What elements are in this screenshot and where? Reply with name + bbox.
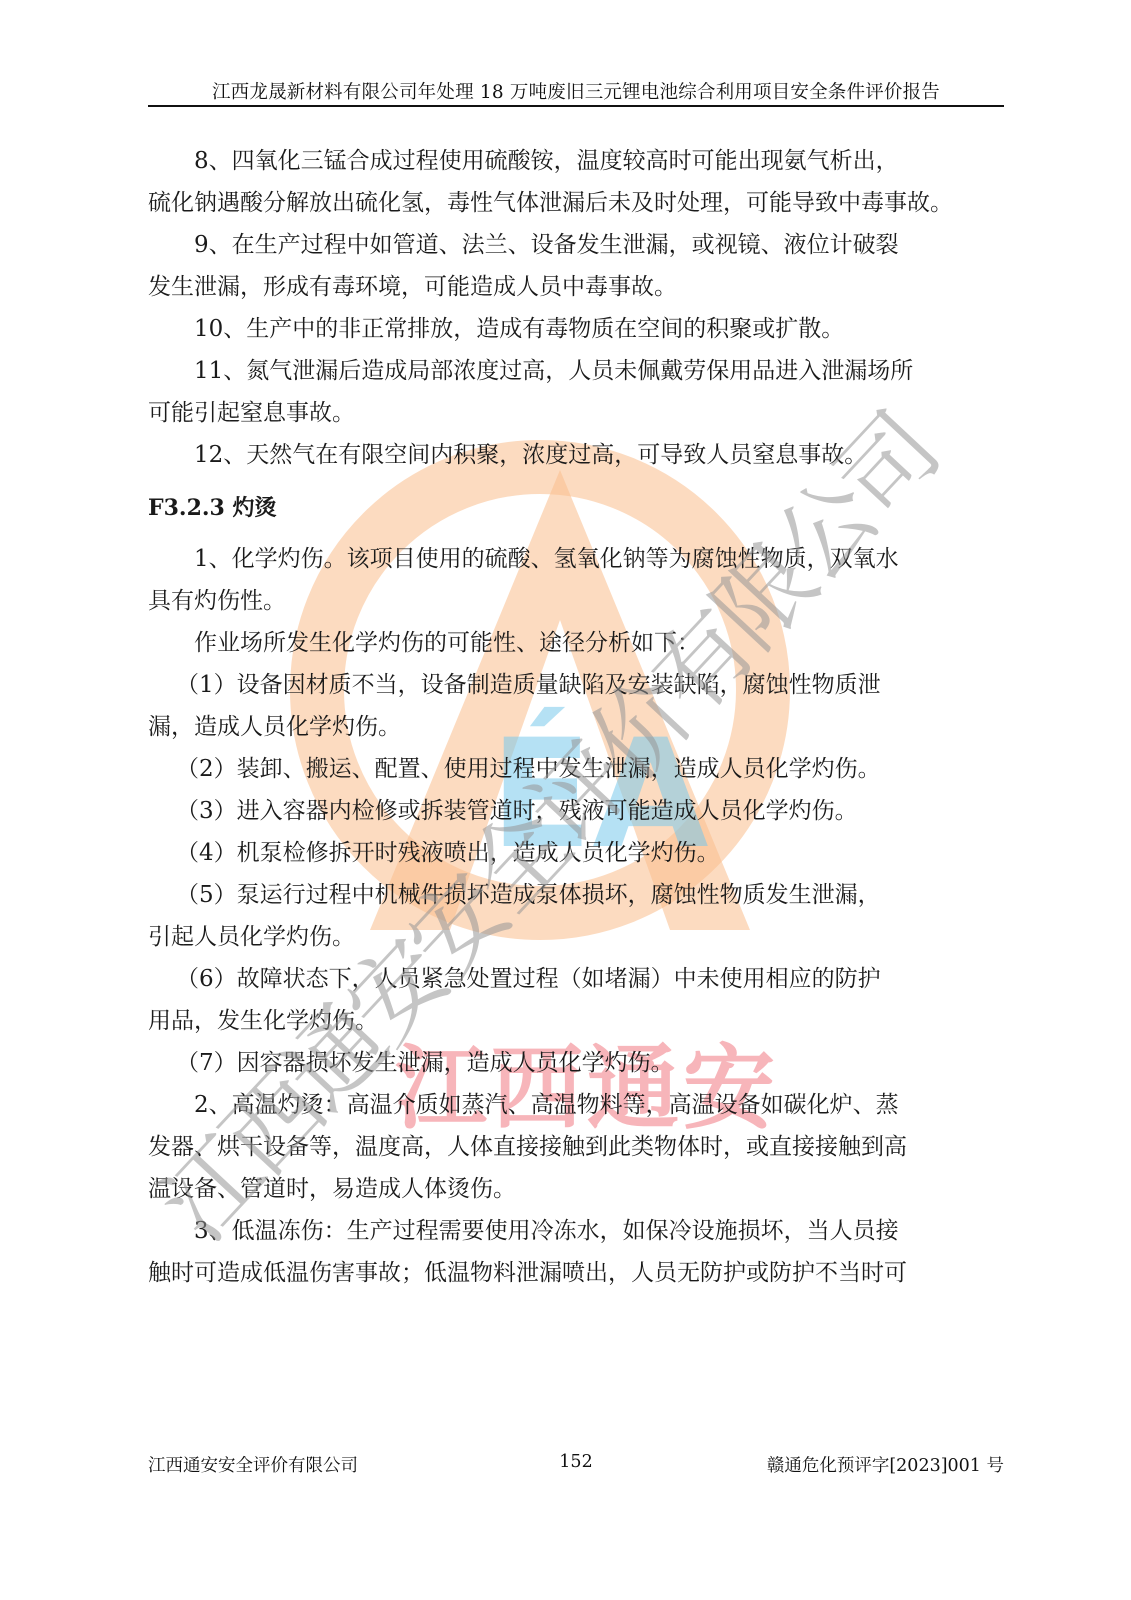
text-line: 用品，发生化学灼伤。 (120, 1000, 1004, 1042)
text-line: 发器、烘干设备等，温度高，人体直接接触到此类物体时，或直接接触到高 (102, 1126, 1004, 1168)
footer-doc-number: 赣通危化预评字[2023]001 号 (767, 1452, 1004, 1477)
text-line: 发生泄漏，形成有毒环境，可能造成人员中毒事故。 (102, 266, 1004, 308)
text-line: 漏，造成人员化学灼伤。 (120, 706, 1004, 748)
text-line: （2）装卸、搬运、配置、使用过程中发生泄漏，造成人员化学灼伤。 (148, 748, 1004, 790)
running-header-title: 江西龙晟新材料有限公司年处理 18 万吨废旧三元锂电池综合利用项目安全条件评价报… (148, 78, 1004, 104)
text-line: 8、四氧化三锰合成过程使用硫酸铵，温度较高时可能出现氨气析出， (148, 140, 1004, 182)
text-line: 引起人员化学灼伤。 (120, 916, 1004, 958)
list-item: （3）进入容器内检修或拆装管道时，残液可能造成人员化学灼伤。 (148, 790, 1004, 832)
document-page: ÉA 江西通安 江西龙晟新材料有限公司年处理 18 万吨废旧三元锂电池综合利用项… (0, 0, 1131, 1600)
list-item: 9、在生产过程中如管道、法兰、设备发生泄漏，或视镜、液位计破裂 发生泄漏，形成有… (148, 224, 1004, 308)
text-line: 触时可造成低温伤害事故；低温物料泄漏喷出，人员无防护或防护不当时可 (102, 1252, 1004, 1294)
section-heading: F3.2.3 灼烫 (148, 484, 1004, 532)
list-item: （6）故障状态下，人员紧急处置过程（如堵漏）中未使用相应的防护 用品，发生化学灼… (148, 958, 1004, 1042)
list-item: 11、氮气泄漏后造成局部浓度过高，人员未佩戴劳保用品进入泄漏场所 可能引起窒息事… (148, 350, 1004, 434)
text-line: （5）泵运行过程中机械件损坏造成泵体损坏，腐蚀性物质发生泄漏， (148, 874, 1004, 916)
text-line: （7）因容器损坏发生泄漏，造成人员化学灼伤。 (148, 1042, 1004, 1084)
text-line: 12、天然气在有限空间内积聚，浓度过高，可导致人员窒息事故。 (148, 434, 1004, 476)
list-item: （2）装卸、搬运、配置、使用过程中发生泄漏，造成人员化学灼伤。 (148, 748, 1004, 790)
text-line: （3）进入容器内检修或拆装管道时，残液可能造成人员化学灼伤。 (148, 790, 1004, 832)
text-line: 1、化学灼伤。该项目使用的硫酸、氢氧化钠等为腐蚀性物质，双氧水 (148, 538, 1004, 580)
text-line: 9、在生产过程中如管道、法兰、设备发生泄漏，或视镜、液位计破裂 (148, 224, 1004, 266)
content-layer: 江西龙晟新材料有限公司年处理 18 万吨废旧三元锂电池综合利用项目安全条件评价报… (0, 0, 1131, 1600)
text-line: 10、生产中的非正常排放，造成有毒物质在空间的积聚或扩散。 (148, 308, 1004, 350)
text-line: 可能引起窒息事故。 (102, 392, 1004, 434)
text-line: 11、氮气泄漏后造成局部浓度过高，人员未佩戴劳保用品进入泄漏场所 (148, 350, 1004, 392)
text-line: （4）机泵检修拆开时残液喷出，造成人员化学灼伤。 (148, 832, 1004, 874)
document-body: 8、四氧化三锰合成过程使用硫酸铵，温度较高时可能出现氨气析出， 硫化钠遇酸分解放… (148, 140, 1004, 1294)
text-line: 作业场所发生化学灼伤的可能性、途径分析如下： (148, 622, 1004, 664)
list-item: 3、低温冻伤：生产过程需要使用冷冻水，如保冷设施损坏，当人员接 触时可造成低温伤… (148, 1210, 1004, 1294)
list-item: 8、四氧化三锰合成过程使用硫酸铵，温度较高时可能出现氨气析出， 硫化钠遇酸分解放… (148, 140, 1004, 224)
list-item: （4）机泵检修拆开时残液喷出，造成人员化学灼伤。 (148, 832, 1004, 874)
text-line: （6）故障状态下，人员紧急处置过程（如堵漏）中未使用相应的防护 (148, 958, 1004, 1000)
text-line: （1）设备因材质不当，设备制造质量缺陷及安装缺陷，腐蚀性物质泄 (148, 664, 1004, 706)
list-item: 作业场所发生化学灼伤的可能性、途径分析如下： (148, 622, 1004, 664)
list-item: （5）泵运行过程中机械件损坏造成泵体损坏，腐蚀性物质发生泄漏， 引起人员化学灼伤… (148, 874, 1004, 958)
text-line: 温设备、管道时，易造成人体烫伤。 (102, 1168, 1004, 1210)
text-line: 硫化钠遇酸分解放出硫化氢，毒性气体泄漏后未及时处理，可能导致中毒事故。 (102, 182, 1004, 224)
header-rule (148, 105, 1004, 107)
list-item: 10、生产中的非正常排放，造成有毒物质在空间的积聚或扩散。 (148, 308, 1004, 350)
toxic-items-list: 8、四氧化三锰合成过程使用硫酸铵，温度较高时可能出现氨气析出， 硫化钠遇酸分解放… (148, 140, 1004, 476)
list-item: （7）因容器损坏发生泄漏，造成人员化学灼伤。 (148, 1042, 1004, 1084)
list-item: （1）设备因材质不当，设备制造质量缺陷及安装缺陷，腐蚀性物质泄 漏，造成人员化学… (148, 664, 1004, 748)
text-line: 2、高温灼烫：高温介质如蒸汽、高温物料等，高温设备如碳化炉、蒸 (148, 1084, 1004, 1126)
text-line: 3、低温冻伤：生产过程需要使用冷冻水，如保冷设施损坏，当人员接 (148, 1210, 1004, 1252)
burn-items-list: 1、化学灼伤。该项目使用的硫酸、氢氧化钠等为腐蚀性物质，双氧水 具有灼伤性。 作… (148, 538, 1004, 1294)
page-footer: 江西通安安全评价有限公司 152 赣通危化预评字[2023]001 号 (148, 1452, 1004, 1478)
list-item: 2、高温灼烫：高温介质如蒸汽、高温物料等，高温设备如碳化炉、蒸 发器、烘干设备等… (148, 1084, 1004, 1210)
list-item: 12、天然气在有限空间内积聚，浓度过高，可导致人员窒息事故。 (148, 434, 1004, 476)
text-line: 具有灼伤性。 (102, 580, 1004, 622)
list-item: 1、化学灼伤。该项目使用的硫酸、氢氧化钠等为腐蚀性物质，双氧水 具有灼伤性。 (148, 538, 1004, 622)
